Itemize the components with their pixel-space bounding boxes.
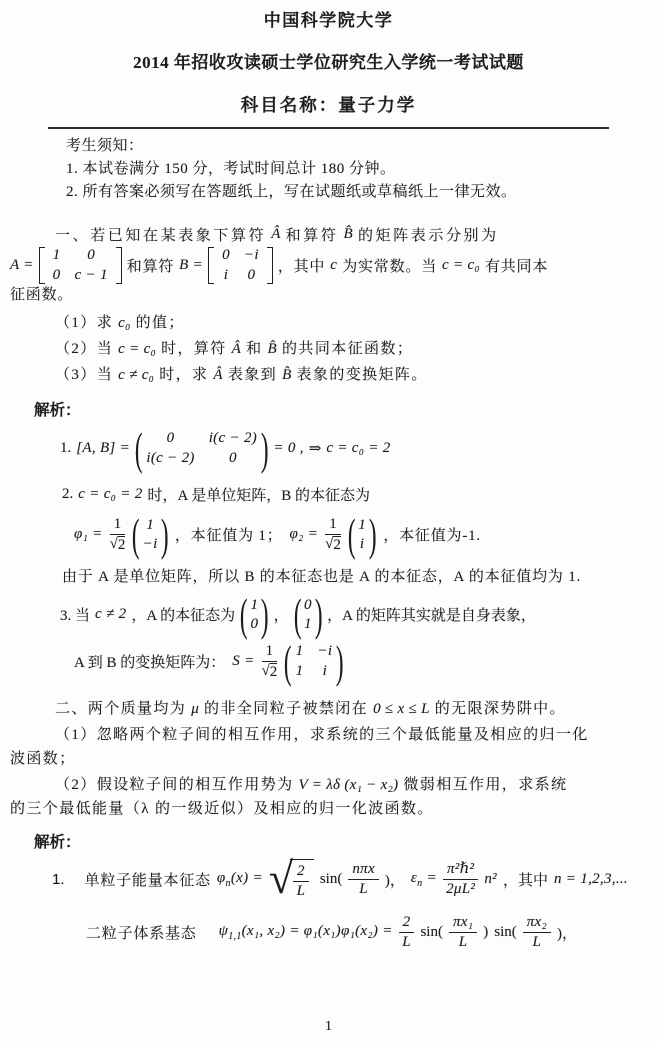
text-segment: 为实常数。当 [342,255,437,276]
fraction-1-over-sqrt2: 1 √2 [110,516,126,554]
text-segment: 的共同本征函数； [282,337,413,361]
matrix-cell: i [317,663,332,680]
epsilon-n-lhs: εn = [411,870,437,889]
math-c-eq-2: c = c₀ = 2 [78,486,142,503]
step-number: 1. [52,871,65,888]
math-c-neq-2: c ≠ 2 [95,606,126,623]
exam-title: 2014 年招收攻读硕士学位研究生入学统一考试试题 [10,52,647,74]
fraction-numerator: nπx [348,861,379,880]
problem2-intro: 二、两个质量均为 μ 的非全同粒子被禁闭在 0 ≤ x ≤ L 的无限深势阱中。 [55,697,647,721]
left-bracket [39,247,45,284]
equals-zero: = 0 , [273,440,303,457]
radicand: 2 [118,536,126,554]
solution2-step1: 1. 单粒子能量本征态 φn(x) = √ 2 L sin( nπx L )， … [52,859,647,900]
fraction-denominator: L [533,933,542,951]
matrix-cell: 0 [244,267,259,284]
square-root: √ 2 L [269,859,314,900]
text-segment: 和 [246,337,262,361]
radicand: 2 [270,663,278,681]
eigenvector-1: ( 1 −i ) [132,515,168,554]
header-divider [48,127,609,129]
text-segment: 的非全同粒子被禁闭在 [204,697,368,721]
text-segment: ，其中 [503,869,548,890]
fraction-denominator: L [459,933,468,951]
fraction-2-over-L: 2 L [399,914,415,951]
text-segment: 二、两个质量均为 [55,697,186,721]
matrix-B-lhs: B = [179,257,203,274]
text-segment: 单粒子能量本征态 [85,869,211,890]
left-bracket [208,247,214,284]
separator-comma: ， [274,604,289,625]
text-segment: 表象到 [228,363,277,387]
step-number: 1. [60,440,71,457]
text-segment: 时，求 [159,363,208,387]
solution1-step1: 1. [A, B] = ( 0 i(c − 2) i(c − 2) 0 ) = … [60,429,647,468]
text-segment: 有共同本 [485,255,548,276]
vector-cell: 0 [251,616,259,633]
phi1-lhs: φ₁ = [74,526,103,543]
matrix-cell: i [222,267,230,284]
problem1-intro-line3: 征函数。 [10,284,647,307]
fraction-denominator: √2 [262,662,278,681]
fraction-1-over-sqrt2: 1 √2 [325,516,341,554]
text-segment: （1）求 [55,311,113,335]
problem1-question-3: （3）当 c ≠ c₀ 时，求 Â 表象到 B̂ 表象的变换矩阵。 [55,363,647,387]
operator-A-hat: Â [232,337,241,361]
left-paren: ( [284,642,292,681]
fraction-denominator: L [359,880,368,898]
left-paren: ( [293,595,301,634]
text-segment: 二粒子体系基态 [86,922,197,943]
right-paren: ) [261,595,269,634]
S-matrix: ( 1 −i 1 i ) [284,642,343,681]
notice-title: 考生须知： [66,135,647,158]
implies-arrow: ⇒ [309,439,322,458]
text-segment: 和算符 [286,224,339,245]
operator-A-hat: Â [271,226,280,243]
problem1-intro-line2: A = 1 0 0 c − 1 和算符 B = 0 −i i 0 ，其中 c 为 [10,247,647,284]
matrix-A-body: 1 0 0 c − 1 [49,247,112,284]
text-segment: 和算符 [127,255,174,276]
sin-open: sin( [420,924,443,941]
text-segment: 微弱相互作用，求系统 [403,773,567,797]
fraction-1-over-sqrt2: 1 √2 [262,643,278,681]
vector-body: 1 i [355,517,369,553]
problem2-question1-line2: 波函数； [10,747,647,771]
math-c-eq-c0: c = c₀ [118,337,156,361]
vector-body: 1 −i [140,517,161,553]
text-segment: （2）假设粒子间的相互作用势为 [55,773,294,797]
phi-args: (x) = [231,870,263,886]
psi-lhs: ψ1,1(x₁, x₂) = φ₁(x₁)φ₁(x₂) = [219,923,393,942]
fraction-numerator: πx₂ [523,914,551,933]
fraction-npix-over-L: nπx L [348,861,379,898]
text-segment: ，其中 [278,255,325,276]
S-lhs: S = [232,653,254,670]
math-c0: c₀ [118,311,130,335]
vector-body: 0 1 [301,597,315,633]
left-paren: ( [135,429,143,468]
subscript-n: n [417,878,422,889]
problem2-question2-line1: （2）假设粒子间的相互作用势为 V = λδ (x₁ − x₂) 微弱相互作用，… [55,773,647,797]
eigenvalue-text: ，本征值为-1. [383,524,481,545]
sin-close: )， [385,869,405,890]
text-segment: 时，算符 [161,337,227,361]
solution1-eigenstates: φ₁ = 1 √2 ( 1 −i ) ，本征值为 1； φ₂ = 1 √2 ( … [74,515,647,554]
operator-B-hat: B̂ [268,337,277,361]
text-segment: 时，A 是单位矩阵，B 的本征态为 [148,484,371,505]
fraction-denominator: 2μL² [446,880,475,898]
sin-open: sin( [494,924,517,941]
math-n-values: n = 1,2,3,... [554,871,628,888]
math-c-neq-c0: c ≠ c₀ [118,363,154,387]
vector-cell: 1 [304,616,312,633]
math-interaction-potential: V = λδ (x₁ − x₂) [299,773,399,797]
result-c0-eq-2: c = c₀ = 2 [326,440,390,457]
fraction-numerator: 1 [262,643,278,662]
fraction-denominator: L [297,882,306,900]
variable-c: c [330,257,337,274]
vector-cell: 1 [358,517,366,534]
math-mu: μ [191,697,199,721]
text-segment: 的矩阵表示分别为 [358,224,499,245]
fraction-denominator: √2 [110,535,126,554]
sin-open: sin( [320,871,343,888]
matrix-body: 1 −i 1 i [292,643,337,680]
psi-expansion: (x₁, x₂) = φ₁(x₁)φ₁(x₂) = [242,923,393,939]
problem1-question-2: （2）当 c = c₀ 时，算符 Â 和 B̂ 的共同本征函数； [55,337,647,361]
fraction-numerator: 1 [325,516,341,535]
fraction-numerator: π²ℏ² [443,861,478,880]
right-paren: ) [261,429,269,468]
problem1-intro-line1: 一、若已知在某表象下算符 Â 和算符 B̂ 的矩阵表示分别为 [55,224,647,245]
subscript-1-1: 1,1 [228,931,241,942]
vector-cell: −i [143,536,158,553]
text-segment: 一、若已知在某表象下算符 [55,224,266,245]
text-segment: 表象的变换矩阵。 [297,363,428,387]
text-segment: 3. 当 [60,604,90,625]
fraction-denominator: L [402,933,411,951]
matrix-B-body: 0 −i i 0 [218,247,263,284]
notice-item-1: 1. 本试卷满分 150 分，考试时间总计 180 分钟。 [66,158,647,181]
notice-section: 考生须知： 1. 本试卷满分 150 分，考试时间总计 180 分钟。 2. 所… [66,135,647,204]
solution2-step2: 二粒子体系基态 ψ1,1(x₁, x₂) = φ₁(x₁)φ₁(x₂) = 2 … [86,914,647,951]
fraction-numerator: 1 [110,516,126,535]
right-paren: ) [315,595,323,634]
phi-symbol: φ [217,870,226,886]
fraction-numerator: 2 [293,863,309,882]
text-segment: （2）当 [55,337,113,361]
matrix-cell: 0 [53,267,61,284]
matrix-cell: c − 1 [74,267,107,284]
matrix-cell: i(c − 2) [209,430,257,447]
vector-cell: 1 [251,597,259,614]
right-paren: ) [160,515,168,554]
matrix-cell: 0 [74,247,107,264]
fraction-numerator: πx₁ [449,914,477,933]
phi2-lhs: φ₂ = [290,526,319,543]
psi-symbol: ψ [219,923,229,939]
solution1-step3: 3. 当 c ≠ 2 ，A 的本征态为 ( 1 0 ) ， ( 0 1 ) ，A… [60,595,647,634]
radical-sign: √ [262,663,270,680]
basis-vector-1: ( 1 0 ) [240,595,268,634]
fraction-energy: π²ℏ² 2μL² [443,861,478,898]
matrix-cell: 1 [53,247,61,264]
solution1-label: 解析： [34,401,647,421]
n-squared: n² [484,871,497,888]
vector-cell: 1 [143,517,158,534]
math-interval: 0 ≤ x ≤ L [373,697,430,721]
text-segment: ，A 的本征态为 [131,604,235,625]
fraction-pix1-over-L: πx₁ L [449,914,477,951]
matrix-cell: i(c − 2) [146,450,194,467]
problem2-question1-line1: （1）忽略两个粒子间的相互作用，求系统的三个最低能量及相应的归一化 [55,723,647,747]
solution1-note: 由于 A 是单位矩阵，所以 B 的本征态也是 A 的本征态，A 的本征值均为 1… [62,566,647,589]
eigenvector-2: ( 1 i ) [348,515,376,554]
radicand: 2 L [290,859,314,900]
vector-body: 1 0 [248,597,262,633]
fraction-pix2-over-L: πx₂ L [523,914,551,951]
subject-title: 科目名称：量子力学 [10,94,647,117]
operator-B-hat: B̂ [343,226,352,243]
matrix-A-lhs: A = [10,257,34,274]
text-segment: A 到 B 的变换矩阵为： [74,651,225,672]
matrix-B: 0 −i i 0 [208,247,273,284]
operator-A-hat: Â [213,363,222,387]
text-segment: 的无限深势阱中。 [435,697,566,721]
text-segment: （3）当 [55,363,113,387]
right-paren: ) [369,515,377,554]
fraction-numerator: 2 [399,914,415,933]
matrix-A: 1 0 0 c − 1 [39,247,122,284]
left-paren: ( [132,515,140,554]
step-number: 2. [62,486,73,503]
sin-close: ) [483,924,488,941]
solution1-step2: 2. c = c₀ = 2 时，A 是单位矩阵，B 的本征态为 [62,484,647,505]
matrix-cell: −i [244,247,259,264]
condition-c-eq-c0: c = c₀ [442,257,480,274]
basis-vector-2: ( 0 1 ) [294,595,322,634]
fraction-denominator: √2 [325,535,341,554]
matrix-cell: 0 [222,247,230,264]
matrix-cell: 1 [296,643,304,660]
solution1-transform-matrix: A 到 B 的变换矩阵为： S = 1 √2 ( 1 −i 1 i ) [74,642,647,681]
equals-sign: = [427,870,437,886]
eigenvalue-text: ，本征值为 1； [175,524,283,545]
solution2-label: 解析： [34,833,647,853]
right-paren: ) [336,642,344,681]
exam-document-page: 中国科学院大学 2014 年招收攻读硕士学位研究生入学统一考试试题 科目名称：量… [0,0,657,1043]
problem1-question-1: （1）求 c₀ 的值； [55,311,647,335]
left-paren: ( [348,515,356,554]
phi-n-lhs: φn(x) = [217,870,263,889]
matrix-cell: 0 [146,430,194,447]
text-segment: ，A 的矩阵其实就是自身表象， [327,604,536,625]
notice-item-2: 2. 所有答案必须写在答题纸上，写在试题纸或草稿纸上一律无效。 [66,181,647,204]
page-number: 1 [0,1019,657,1035]
matrix-body: 0 i(c − 2) i(c − 2) 0 [142,430,261,467]
matrix-cell: 0 [209,450,257,467]
fraction-2-over-L: 2 L [293,863,309,900]
commutator-matrix: ( 0 i(c − 2) i(c − 2) 0 ) [135,429,268,468]
vector-cell: 0 [304,597,312,614]
vector-cell: i [358,536,366,553]
right-bracket [267,247,273,284]
commutator-lhs: [A, B] = [76,440,130,457]
right-bracket [116,247,122,284]
text-segment: 的值； [136,311,185,335]
university-title: 中国科学院大学 [10,10,647,32]
problem2-question2-line2: 的三个最低能量（λ 的一级近似）及相应的归一化波函数。 [10,797,647,821]
operator-B-hat: B̂ [282,363,291,387]
radicand: 2 [333,536,341,554]
radical-sign: √ [110,536,118,553]
matrix-cell: 1 [296,663,304,680]
left-paren: ( [240,595,248,634]
sin-close: )， [557,922,577,943]
matrix-cell: −i [317,643,332,660]
